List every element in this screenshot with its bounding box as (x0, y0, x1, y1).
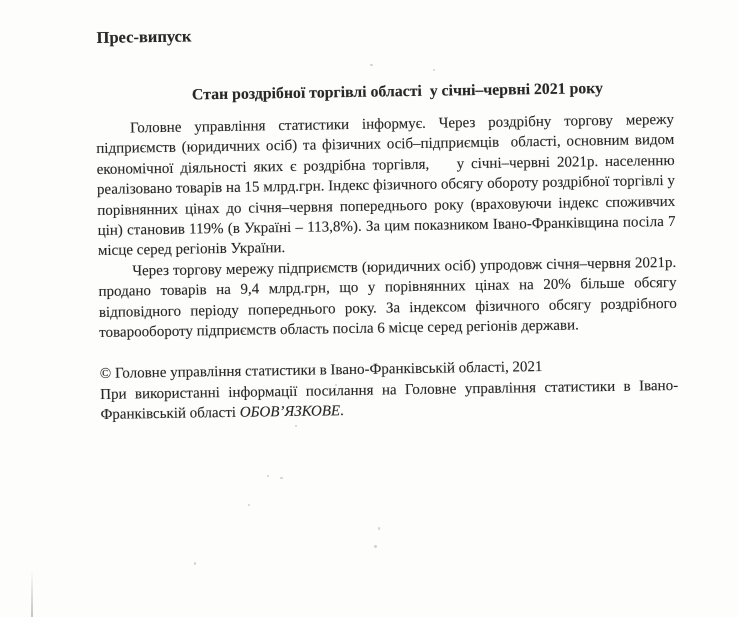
scan-speckle (374, 545, 377, 548)
scan-speckle (378, 527, 380, 530)
scan-speckle (335, 384, 337, 386)
document-title: Стан роздрібної торгівлі області у січні… (121, 77, 673, 107)
scan-edge-artifact (31, 570, 33, 617)
document-content: Прес-випуск Стан роздрібної торгівлі обл… (94, 0, 679, 425)
kicker: Прес-випуск (96, 18, 672, 49)
paragraph-enterprises-turnover: Через торгову мережу підприємств (юридич… (98, 253, 677, 344)
scan-speckle (370, 64, 373, 66)
paragraph-retail-turnover: Головне управління статистики інформує. … (96, 110, 676, 262)
scan-speckle (280, 477, 283, 479)
scanned-press-release-page: Прес-випуск Стан роздрібної торгівлі обл… (0, 0, 738, 617)
footer: © Головне управління статистики в Івано-… (100, 355, 679, 425)
scan-speckle (267, 475, 269, 477)
usage-note-period: . (340, 403, 344, 419)
scan-speckle (194, 562, 196, 565)
usage-note-text: При використанні інформації посилання на… (100, 378, 678, 423)
usage-note: При використанні інформації посилання на… (100, 376, 679, 426)
scan-speckle (433, 69, 435, 71)
scan-speckle (295, 425, 297, 427)
usage-note-emphasis: ОБОВ’ЯЗКОВЕ (240, 403, 341, 421)
scan-speckle (248, 504, 250, 506)
